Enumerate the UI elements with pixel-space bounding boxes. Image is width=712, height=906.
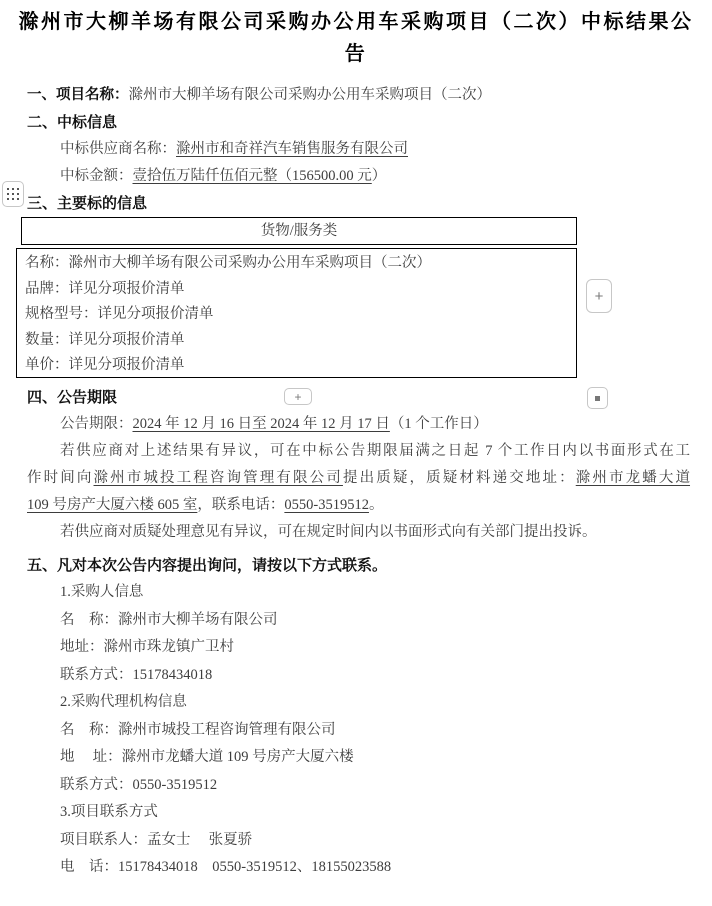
document-page: 滁州市大柳羊场有限公司采购办公用车采购项目（二次）中标结果公告 一、项目名称：滁… <box>0 0 712 906</box>
supplier-value: 滁州市和奇祥汽车销售服务有限公司 <box>176 141 408 157</box>
objection-paragraph-line3: 109 号房产大厦六楼 605 室，联系电话：0550-3519512。 <box>27 492 690 519</box>
section2-heading: 二、中标信息 <box>27 109 690 136</box>
amount-label: 中标金额： <box>60 168 133 184</box>
goods-table: 货物/服务类 名称：滁州市大柳羊场有限公司采购办公用车采购项目（二次） 品牌：详… <box>16 217 577 378</box>
text-segment: ，联系电话： <box>197 497 284 513</box>
phone-number: 0550-3519512 <box>284 497 369 513</box>
resize-corner-icon <box>595 396 600 401</box>
section3-heading-row: 三、主要标的信息 <box>27 190 690 217</box>
table-resize-button[interactable] <box>587 387 608 409</box>
contact-line: 1.采购人信息 <box>27 579 690 607</box>
table-row: 名称：滁州市大柳羊场有限公司采购办公用车采购项目（二次） <box>25 251 568 277</box>
section1-value: 滁州市大柳羊场有限公司采购办公用车采购项目（二次） <box>129 87 492 103</box>
add-column-button[interactable]: + <box>586 279 612 313</box>
contact-line: 联系方式：15178434018 <box>27 662 690 690</box>
contact-line: 地址：滁州市珠龙镇广卫村 <box>27 634 690 662</box>
amount-value: 壹拾伍万陆仟伍佰元整（156500.00 元 <box>133 168 372 184</box>
objection-paragraph-line1: 若供应商对上述结果有异议，可在中标公告期限届满之日起 7 个工作日内以书面形式在… <box>27 438 690 465</box>
delivery-address-part2: 109 号房产大厦六楼 605 室 <box>27 497 197 513</box>
period-label: 公告期限： <box>60 416 133 432</box>
contact-line: 2.采购代理机构信息 <box>27 689 690 717</box>
contact-line: 3.项目联系方式 <box>27 799 690 827</box>
contact-line: 项目联系人：孟女士 张夏骄 <box>27 827 690 855</box>
supplier-line: 中标供应商名称：滁州市和奇祥汽车销售服务有限公司 <box>27 136 690 163</box>
section3-heading: 三、主要标的信息 <box>27 190 690 217</box>
table-row: 单价：详见分项报价清单 <box>25 353 568 379</box>
contact-line: 名 称：滁州市城投工程咨询管理有限公司 <box>27 717 690 745</box>
table-row: 规格型号：详见分项报价清单 <box>25 302 568 328</box>
project-name-line: 一、项目名称：滁州市大柳羊场有限公司采购办公用车采购项目（二次） <box>27 82 690 109</box>
amount-line: 中标金额：壹拾伍万陆仟伍佰元整（156500.00 元） <box>27 163 690 190</box>
table-drag-handle-icon[interactable] <box>2 181 24 207</box>
supplier-label: 中标供应商名称： <box>60 141 176 157</box>
plus-icon: + <box>595 289 604 304</box>
table-row: 品牌：详见分项报价清单 <box>25 277 568 303</box>
amount-suffix: ） <box>372 168 387 184</box>
add-row-button[interactable]: + <box>284 388 312 405</box>
period-value: 2024 年 12 月 16 日至 2024 年 12 月 17 日 <box>133 416 390 432</box>
page-title: 滁州市大柳羊场有限公司采购办公用车采购项目（二次）中标结果公告 <box>11 0 701 70</box>
contact-line: 电 话：15178434018 0550-3519512、18155023588 <box>27 854 690 882</box>
plus-icon: + <box>294 391 301 403</box>
section1-label: 一、项目名称： <box>27 87 129 103</box>
contact-line: 名 称：滁州市大柳羊场有限公司 <box>27 607 690 635</box>
text-segment: 。 <box>369 497 384 513</box>
text-segment: 提出质疑，质疑材料递交地址： <box>343 470 576 486</box>
section5-heading: 五、凡对本次公告内容提出询问，请按以下方式联系。 <box>27 552 690 579</box>
table-header-cell: 货物/服务类 <box>21 217 577 245</box>
period-suffix: （1 个工作日） <box>390 416 488 432</box>
announcement-period-line: 公告期限：2024 年 12 月 16 日至 2024 年 12 月 17 日（… <box>27 411 690 438</box>
contact-line: 联系方式：0550-3519512 <box>27 772 690 800</box>
complaint-paragraph: 若供应商对质疑处理意见有异议，可在规定时间内以书面形式向有关部门提出投诉。 <box>27 519 690 546</box>
table-row: 数量：详见分项报价清单 <box>25 328 568 354</box>
delivery-address-part1: 滁州市龙蟠大道 <box>576 470 690 486</box>
agency-name: 滁州市城投工程咨询管理有限公司 <box>94 470 343 486</box>
table-body-cell: 名称：滁州市大柳羊场有限公司采购办公用车采购项目（二次） 品牌：详见分项报价清单… <box>16 248 577 378</box>
grid-dots-icon <box>7 188 9 190</box>
text-segment: 作时间向 <box>27 470 94 486</box>
contact-line: 地 址：滁州市龙蟠大道 109 号房产大厦六楼 <box>27 744 690 772</box>
objection-paragraph-line2: 作时间向滁州市城投工程咨询管理有限公司提出质疑，质疑材料递交地址：滁州市龙蟠大道 <box>27 465 690 492</box>
